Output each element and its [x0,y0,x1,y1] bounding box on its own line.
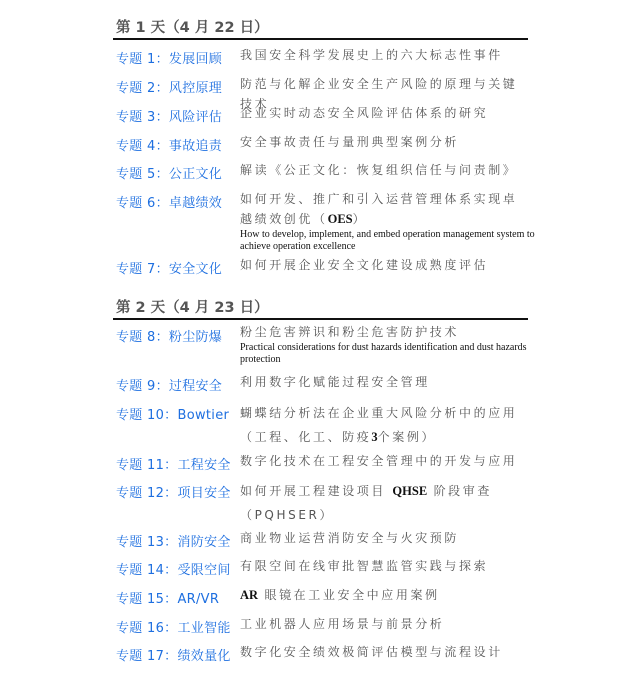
topic-desc: 如何开展企业安全文化建设成熟度评估 [240,255,530,275]
day-title: 第 1 天（4 月 22 日） [113,18,528,40]
topic-label[interactable]: 专题 3：风险评估 [116,106,222,125]
topic-desc: 商业物业运营消防安全与火灾预防 [240,528,530,548]
topic-desc: 有限空间在线审批智慧监管实践与探索 [240,556,530,576]
topic-label[interactable]: 专题 1：发展回顾 [116,48,222,67]
topic-desc-text: ） [353,212,368,226]
topic-desc: AR 眼镜在工业安全中应用案例 [240,585,530,605]
topic-desc: 如何开展工程建设项目 QHSE 阶段审查（PQHSER） [240,479,530,527]
topic-label[interactable]: 专题 7：安全文化 [116,258,222,277]
topic-desc: 如何开发、推广和引入运营管理体系实现卓越绩效创优（OES） How to dev… [240,189,530,253]
topic-desc-text: 眼镜在工业安全中应用案例 [258,588,440,602]
topic-label[interactable]: 专题 6：卓越绩效 [116,192,222,211]
day-1-header: 第 1 天（4 月 22 日） [113,18,528,40]
topic-desc-text: 个案例） [378,430,436,444]
topic-desc: 工业机器人应用场景与前景分析 [240,614,530,634]
topic-label[interactable]: 专题 14：受限空间 [116,559,231,578]
topic-desc-text: 如何开发、推广和引入运营管理体系实现卓越绩效创优（ [240,192,517,226]
topic-label[interactable]: 专题 11：工程安全 [116,454,231,473]
topic-desc: 解读《公正文化：恢复组织信任与问责制》 [240,160,530,180]
topic-label[interactable]: 专题 10：Bowtier [116,404,229,423]
topic-desc-text: 粉尘危害辨识和粉尘危害防护技术 [240,325,459,339]
topic-desc-english: Practical considerations for dust hazard… [240,342,540,366]
day-title: 第 2 天（4 月 23 日） [113,298,528,320]
topic-label[interactable]: 专题 17：绩效量化 [116,645,231,664]
topic-desc-english: How to develop, implement, and embed ope… [240,229,540,253]
topic-desc: 我国安全科学发展史上的六大标志性事件 [240,45,530,65]
topic-desc-text: 如何开展工程建设项目 [240,484,392,498]
topic-desc: 数字化技术在工程安全管理中的开发与应用 [240,451,530,471]
topic-desc-abbrev: AR [240,588,258,602]
topic-desc: 蝴蝶结分析法在企业重大风险分析中的应用（工程、化工、防疫3个案例） [240,401,530,449]
topic-desc: 利用数字化赋能过程安全管理 [240,372,530,392]
topic-label[interactable]: 专题 4：事故追责 [116,135,222,154]
topic-desc: 企业实时动态安全风险评估体系的研究 [240,103,530,123]
topic-label[interactable]: 专题 8：粉尘防爆 [116,326,222,345]
topic-label[interactable]: 专题 12：项目安全 [116,482,231,501]
topic-desc-abbrev: QHSE [392,484,427,498]
topic-label[interactable]: 专题 13：消防安全 [116,531,231,550]
topic-label[interactable]: 专题 16：工业智能 [116,617,231,636]
topic-desc: 安全事故责任与量刑典型案例分析 [240,132,530,152]
topic-label[interactable]: 专题 2：风控原理 [116,77,222,96]
topic-desc-abbrev: OES [328,212,353,226]
topic-label[interactable]: 专题 9：过程安全 [116,375,222,394]
day-2-header: 第 2 天（4 月 23 日） [113,298,528,320]
topic-desc: 粉尘危害辨识和粉尘危害防护技术 Practical considerations… [240,322,530,366]
topic-desc: 数字化安全绩效极简评估模型与流程设计 [240,642,530,662]
topic-label[interactable]: 专题 5：公正文化 [116,163,222,182]
topic-label[interactable]: 专题 15：AR/VR [116,588,219,607]
